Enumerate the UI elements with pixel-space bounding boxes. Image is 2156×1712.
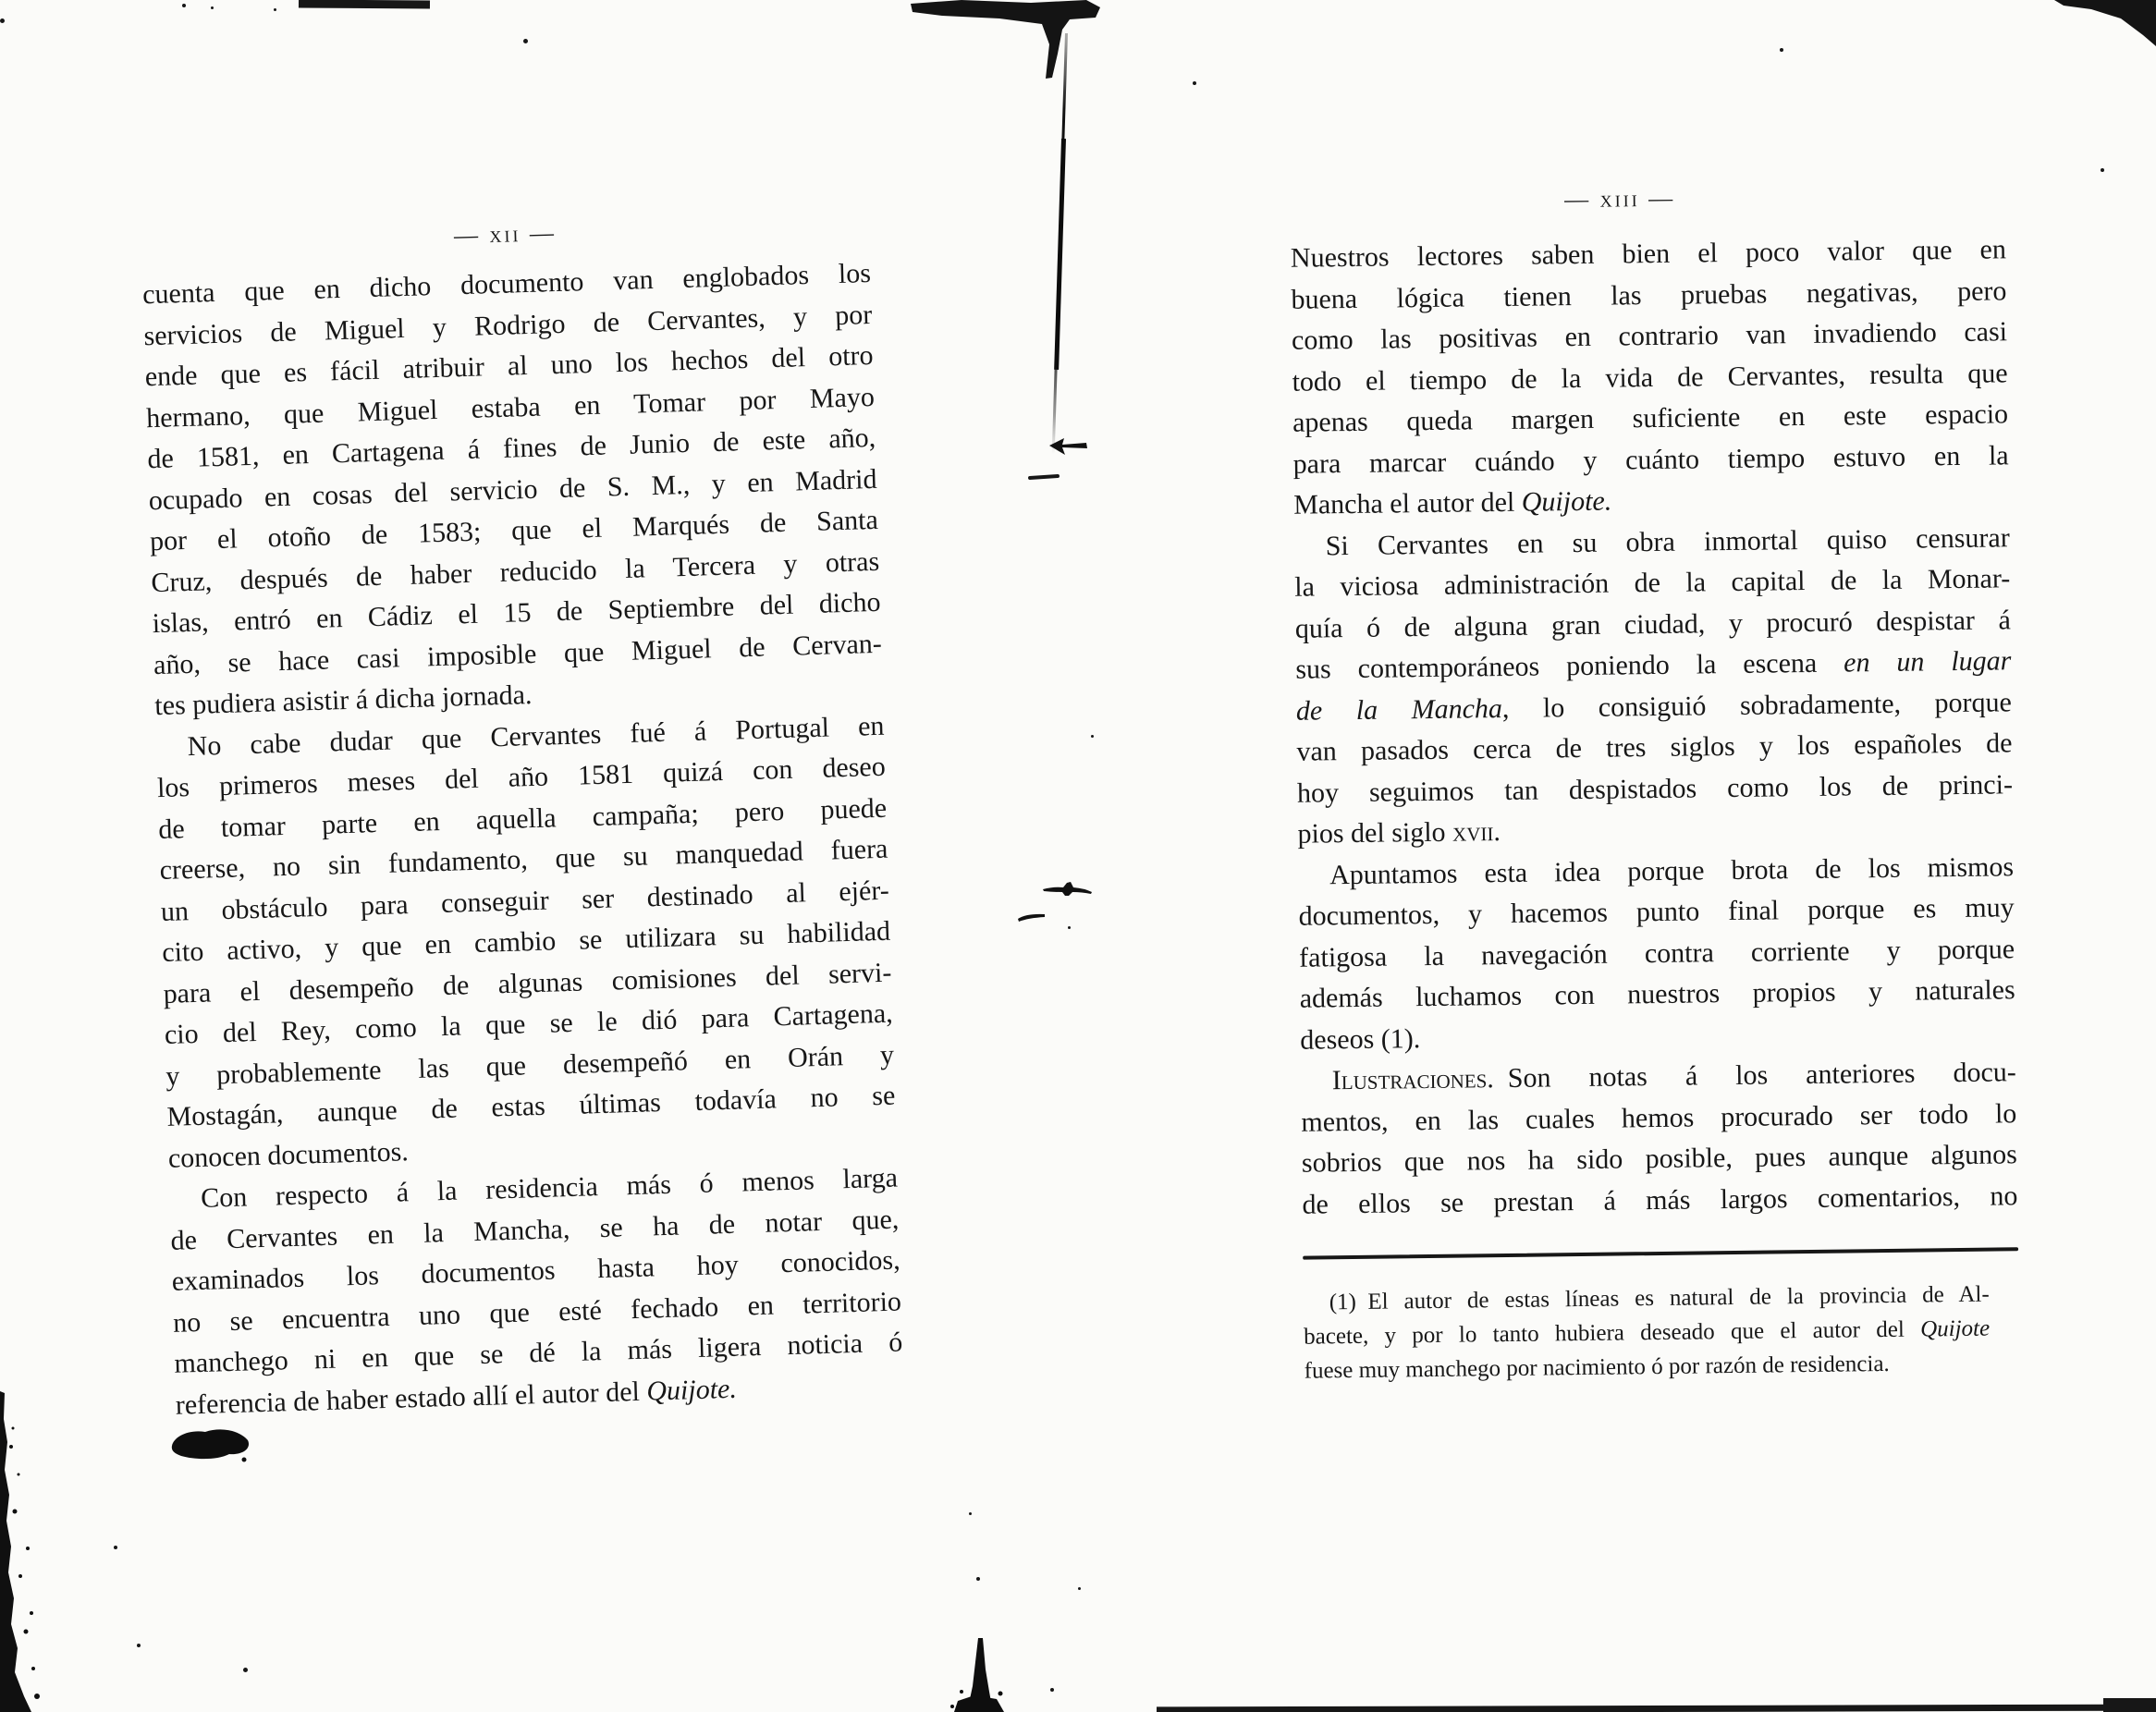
text-segment: todo el tiempo de la vida de Cervantes, …: [1292, 358, 2007, 397]
ink-smudge-left-page: [168, 1425, 253, 1468]
scan-gutter-top-blob: [911, 0, 1107, 81]
scanned-book-spread: — xii — cuenta que en dicho documento va…: [0, 0, 2156, 1712]
scan-speck: [1050, 1688, 1054, 1692]
scan-speck: [1091, 735, 1094, 738]
text-segment: xvii: [1452, 816, 1494, 848]
scan-speck: [976, 1577, 980, 1581]
text-segment: fuese muy manchego por nacimiento ó por …: [1304, 1351, 1889, 1384]
text-segment: sus contemporáneos poniendo la escena: [1295, 648, 1844, 685]
paragraph: No cabe dudar que Cervantes fué á Portug…: [155, 705, 897, 1180]
text-segment: Si Cervantes en su obra inmortal quiso c…: [1326, 522, 2010, 561]
paragraph: Con respecto á la residencia más ó menos…: [169, 1158, 905, 1426]
text-segment: como las positivas en contrario van inva…: [1292, 316, 2007, 355]
text-segment: apenas queda margen suficiente en este e…: [1292, 398, 2008, 437]
text-segment: .: [1493, 816, 1501, 847]
paragraph: cuenta que en dicho documento van englob…: [142, 253, 884, 728]
scan-speck: [2101, 168, 2104, 172]
text-segment: sobrios que nos ha sido posible, pues au…: [1302, 1139, 2017, 1178]
text-segment: buena lógica tienen las pruebas negativa…: [1291, 275, 2006, 314]
text-segment: Quijote.: [1522, 486, 1612, 518]
text-segment: Son notas á los anteriores docu-: [1494, 1057, 2016, 1094]
text-segment: fatigosa la navegación contra corriente …: [1299, 934, 2015, 972]
scan-speck: [0, 18, 5, 23]
scan-speck: [114, 1546, 117, 1549]
text-segment: deseos (1).: [1300, 1023, 1420, 1056]
text-segment: hoy seguimos tan despistados como los de…: [1297, 769, 2013, 808]
text-segment: mentos, en las cuales hemos procurado se…: [1301, 1098, 2016, 1137]
text-segment: van pasados cerca de tres siglos y los e…: [1296, 728, 2012, 766]
scan-speck: [969, 1512, 972, 1515]
page-right-text: Nuestros lectores saben bien el poco val…: [1291, 229, 2018, 1225]
text-segment: , lo consiguió sobradamente, porque: [1502, 687, 2012, 724]
page-right: — xiii — Nuestros lectores saben bien el…: [1290, 179, 2020, 1388]
paragraph: Si Cervantes en su obra inmortal quiso c…: [1293, 518, 2013, 855]
scan-speck: [1193, 81, 1196, 85]
text-segment: de la Mancha: [1296, 693, 1502, 727]
page-number-right: — xiii —: [1262, 180, 1978, 218]
scan-speck: [1068, 926, 1071, 929]
page-left-text: cuenta que en dicho documento van englob…: [142, 253, 905, 1426]
scan-edge-bottom-left-speckle: [0, 1391, 48, 1712]
scan-speck: [274, 8, 276, 11]
scan-gutter-dash-upper: [1028, 474, 1060, 480]
footnote-line: fuese muy manchego por nacimiento ó por …: [1304, 1346, 1990, 1388]
text-line: de ellos se prestan á más largos comenta…: [1302, 1176, 2017, 1226]
scan-gutter-dash-lower: [1017, 911, 1047, 923]
text-segment: Mancha el autor del: [1293, 487, 1522, 520]
text-segment: además luchamos con nuestros propios y n…: [1300, 974, 2015, 1013]
text-segment: (1) El autor de estas líneas es natural …: [1329, 1282, 1990, 1315]
page-number-left-label: — xii —: [454, 219, 557, 249]
scan-gutter-arrow-mark-upper: [1049, 436, 1088, 459]
page-number-left: — xii —: [141, 209, 870, 260]
text-segment: en un lugar: [1844, 645, 2012, 678]
scan-speck: [523, 39, 528, 43]
text-segment: para marcar cuándo y cuánto tiempo estuv…: [1292, 440, 2008, 479]
footnote-rule: [1303, 1247, 2018, 1259]
text-segment: Ilustraciones.: [1332, 1063, 1494, 1095]
scan-speck: [211, 6, 214, 9]
scan-edge-bottom-bar: [1157, 1705, 2156, 1712]
scan-speck: [1078, 1587, 1081, 1590]
text-segment: Nuestros lectores saben bien el poco val…: [1291, 234, 2006, 273]
text-segment: tes pudiera asistir á dicha jornada.: [154, 679, 533, 721]
scan-gutter-arrow-mark-lower: [1043, 881, 1093, 898]
scan-gutter-line-dark-segment: [1054, 139, 1066, 370]
page-left: — xii — cuenta que en dicho documento va…: [141, 209, 904, 1426]
text-line: hoy seguimos tan despistados como los de…: [1297, 764, 2013, 814]
page-number-right-label: — xiii —: [1564, 185, 1675, 213]
scan-edge-bottom-bar-right-thick: [2103, 1698, 2156, 1712]
text-segment: bacete, y por lo tanto hubiera deseado q…: [1304, 1317, 1920, 1350]
scan-speck: [137, 1644, 141, 1647]
text-segment: Quijote.: [646, 1373, 737, 1406]
text-line: además luchamos con nuestros propios y n…: [1299, 970, 2015, 1020]
text-segment: pios del siglo: [1297, 817, 1452, 850]
scan-speck: [1780, 48, 1783, 52]
text-segment: Apuntamos esta idea porque brota de los …: [1329, 851, 2014, 890]
paragraph: Nuestros lectores saben bien el poco val…: [1291, 229, 2010, 526]
scan-corner-top-right-blob: [2054, 0, 2156, 46]
text-segment: documentos, y hacemos punto final porque…: [1298, 892, 2014, 931]
text-segment: Quijote: [1920, 1316, 1990, 1342]
text-segment: la viciosa administración de la capital …: [1294, 563, 2010, 602]
scan-bottom-center-spike: [950, 1638, 1010, 1712]
footnote: (1) El autor de estas líneas es natural …: [1304, 1278, 1991, 1388]
paragraph: Ilustraciones. Son notas á los anteriore…: [1301, 1052, 2018, 1225]
scan-speck: [182, 4, 186, 7]
scan-speck: [243, 1668, 248, 1672]
scan-edge-top-left-streak: [299, 0, 430, 8]
text-segment: quía ó de alguna gran ciudad, y procuró …: [1295, 605, 2011, 643]
text-line: para marcar cuándo y cuánto tiempo estuv…: [1292, 435, 2008, 485]
paragraph: Apuntamos esta idea porque brota de los …: [1298, 847, 2016, 1061]
text-segment: conocen documentos.: [167, 1136, 409, 1174]
text-segment: de ellos se prestan á más largos comenta…: [1302, 1180, 2017, 1219]
